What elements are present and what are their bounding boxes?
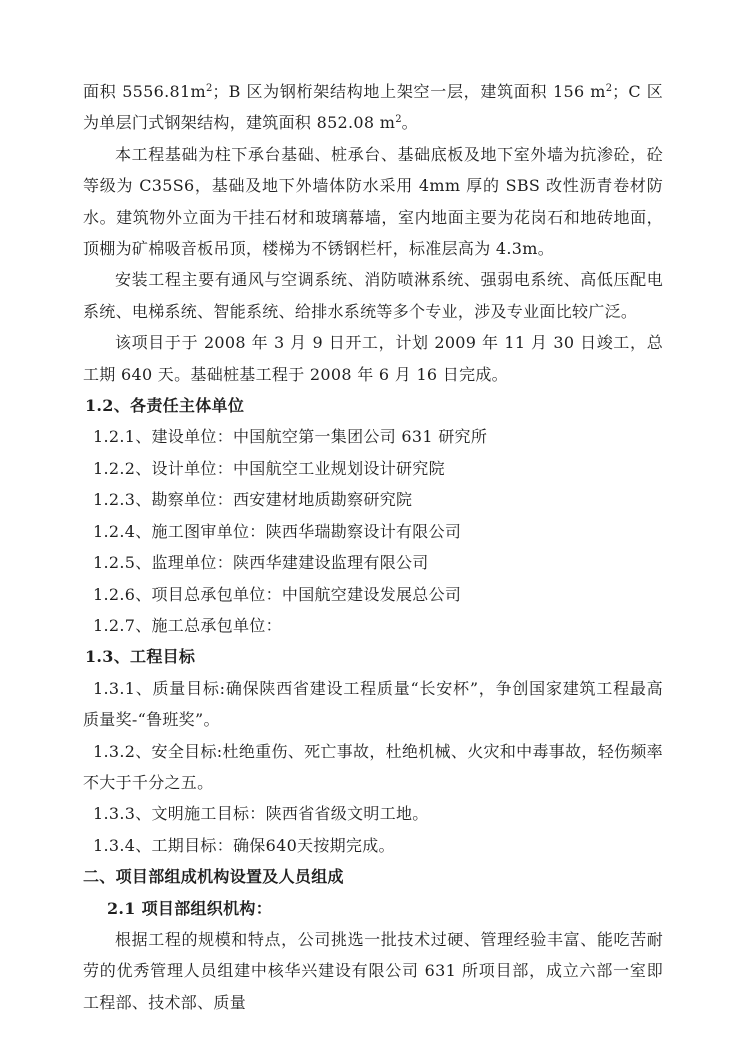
heading-chapter-2: 二、项目部组成机构设置及人员组成 <box>83 861 663 892</box>
document-content: 面积 5556.81m2；B 区为钢桁架结构地上架空一层，建筑面积 156 m2… <box>83 76 663 1018</box>
heading-section-2-1: 2.1 项目部组织机构： <box>83 893 663 924</box>
paragraph-installation: 安装工程主要有通风与空调系统、消防喷淋系统、强弱电系统、高低压配电系统、电梯系统… <box>83 264 663 327</box>
list-item-1-2-7: 1.2.7、施工总承包单位： <box>83 610 663 641</box>
heading-section-1-2: 1.2、各责任主体单位 <box>83 390 663 421</box>
building-area-text-1: 面积 5556.81m <box>83 82 206 101</box>
list-item-1-2-5: 1.2.5、监理单位：陕西华建建设监理有限公司 <box>83 547 663 578</box>
list-item-1-2-3: 1.2.3、勘察单位：西安建材地质勘察研究院 <box>83 484 663 515</box>
list-item-goal-civilized: 1.3.3、文明施工目标：陕西省省级文明工地。 <box>83 798 663 829</box>
building-area-text-2: ；B 区为钢桁架结构地上架空一层，建筑面积 156 m <box>212 82 605 101</box>
list-item-goal-duration: 1.3.4、工期目标：确保640天按期完成。 <box>83 830 663 861</box>
heading-section-1-3: 1.3、工程目标 <box>83 641 663 672</box>
paragraph-foundation: 本工程基础为柱下承台基础、桩承台、基础底板及地下室外墙为抗渗砼，砼等级为 C35… <box>83 139 663 265</box>
paragraph-goal-quality: 1.3.1、质量目标:确保陕西省建设工程质量“长安杯”，争创国家建筑工程最高质量… <box>83 673 663 736</box>
paragraph-team-setup: 根据工程的规模和特点，公司挑选一批技术过硬、管理经验丰富、能吃苦耐劳的优秀管理人… <box>83 924 663 1018</box>
paragraph-schedule: 该项目于于 2008 年 3 月 9 日开工，计划 2009 年 11 月 30… <box>83 327 663 390</box>
building-area-text-4: 。 <box>402 113 418 132</box>
list-item-1-2-1: 1.2.1、建设单位：中国航空第一集团公司 631 研究所 <box>83 421 663 452</box>
document-page: 面积 5556.81m2；B 区为钢桁架结构地上架空一层，建筑面积 156 m2… <box>0 0 744 1052</box>
paragraph-building-area: 面积 5556.81m2；B 区为钢桁架结构地上架空一层，建筑面积 156 m2… <box>83 76 663 139</box>
list-item-1-2-2: 1.2.2、设计单位：中国航空工业规划设计研究院 <box>83 453 663 484</box>
list-item-1-2-6: 1.2.6、项目总承包单位：中国航空建设发展总公司 <box>83 579 663 610</box>
paragraph-goal-safety: 1.3.2、安全目标:杜绝重伤、死亡事故，杜绝机械、火灾和中毒事故，轻伤频率不大… <box>83 736 663 799</box>
list-item-1-2-4: 1.2.4、施工图审单位：陕西华瑞勘察设计有限公司 <box>83 516 663 547</box>
